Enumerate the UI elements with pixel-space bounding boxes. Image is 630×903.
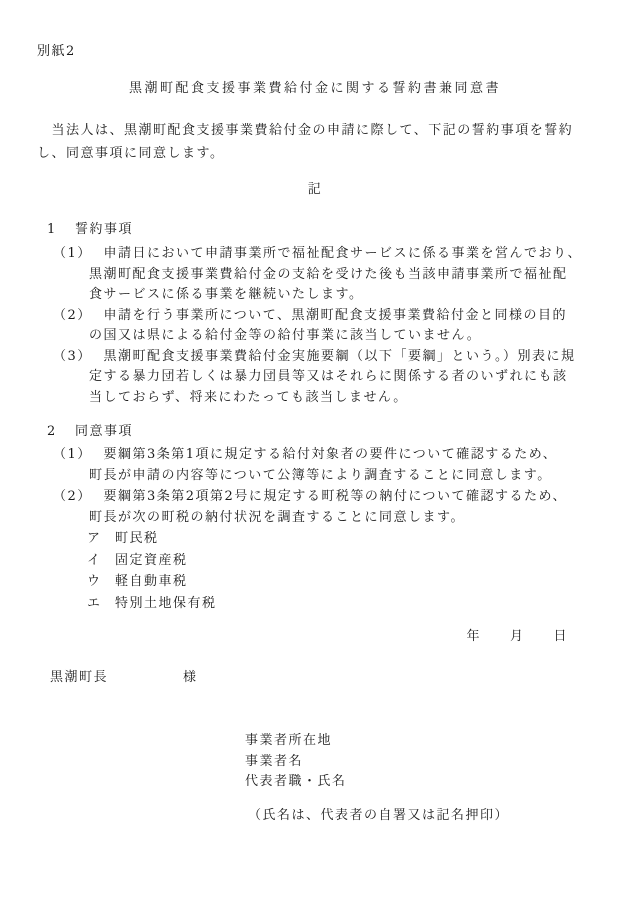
tax-item-resident-label: ア — [87, 528, 115, 550]
pledge-section-heading: 1誓約事項 — [37, 222, 593, 238]
consent-section-heading: 2同意事項 — [37, 424, 593, 440]
pledge-item-1: （1） 申請日において申請事業所で福祉配食サービスに係る事業を営んでおり、 黒潮… — [37, 244, 593, 306]
tax-item-vehicle-name: 軽自動車税 — [115, 571, 188, 593]
consent-item-2-text: 要綱第3条第2項第2号に規定する町税等の納付について確認するため、 町長が次の町… — [89, 486, 593, 528]
tax-item-vehicle-label: ウ — [87, 571, 115, 593]
pledge-items: （1） 申請日において申請事業所で福祉配食サービスに係る事業を営んでおり、 黒潮… — [37, 244, 593, 408]
pledge-item-2: （2） 申請を行う事業所について、黒潮町配食支援事業費給付金と同様の目的 の国又… — [37, 306, 593, 347]
record-marker: 記 — [37, 182, 593, 198]
signature-field-business-address: 事業者所在地 — [245, 731, 593, 752]
tax-item-resident: ア 町民税 — [37, 528, 593, 550]
consent-item-1-text: 要綱第3条第1項に規定する給付対象者の要件について確認するため、 町長が申請の内… — [89, 444, 593, 486]
pledge-section-number: 1 — [47, 222, 75, 238]
tax-item-landholding-name: 特別土地保有税 — [115, 593, 217, 615]
attachment-label: 別紙2 — [37, 44, 593, 60]
tax-item-landholding-label: エ — [87, 593, 115, 615]
signature-note: （氏名は、代表者の自署又は記名押印） — [37, 808, 593, 824]
tax-item-vehicle: ウ 軽自動車税 — [37, 571, 593, 593]
document-page: 別紙2 黒潮町配食支援事業費給付金に関する誓約書兼同意書 当法人は、黒潮町配食支… — [0, 0, 630, 903]
addressee-honorific: 様 — [183, 670, 198, 685]
signature-block: 事業者所在地 事業者名 代表者職・氏名 — [37, 731, 593, 793]
consent-item-1-label: （1） — [53, 444, 89, 486]
signature-field-business-name: 事業者名 — [245, 752, 593, 773]
consent-item-2-label: （2） — [53, 486, 89, 528]
signature-field-representative: 代表者職・氏名 — [245, 772, 593, 793]
pledge-item-1-text: 申請日において申請事業所で福祉配食サービスに係る事業を営んでおり、 黒潮町配食支… — [89, 244, 593, 306]
intro-paragraph: 当法人は、黒潮町配食支援事業費給付金の申請に際して、下記の誓約事項を誓約 し、同… — [37, 119, 593, 165]
pledge-item-2-text: 申請を行う事業所について、黒潮町配食支援事業費給付金と同様の目的 の国又は県によ… — [89, 306, 593, 347]
pledge-section-title: 誓約事項 — [75, 222, 133, 237]
tax-item-property-label: イ — [87, 550, 115, 572]
date-line: 年 月 日 — [37, 629, 593, 645]
tax-item-property: イ 固定資産税 — [37, 550, 593, 572]
document-title: 黒潮町配食支援事業費給付金に関する誓約書兼同意書 — [37, 81, 593, 97]
addressee-name: 黒潮町長 — [50, 670, 108, 685]
pledge-item-3-label: （3） — [53, 347, 89, 409]
consent-section-title: 同意事項 — [75, 424, 133, 439]
consent-item-1: （1） 要綱第3条第1項に規定する給付対象者の要件について確認するため、 町長が… — [37, 444, 593, 486]
tax-item-property-name: 固定資産税 — [115, 550, 188, 572]
tax-item-resident-name: 町民税 — [115, 528, 159, 550]
pledge-item-2-label: （2） — [53, 306, 89, 347]
consent-item-2: （2） 要綱第3条第2項第2号に規定する町税等の納付について確認するため、 町長… — [37, 486, 593, 528]
tax-item-landholding: エ 特別土地保有税 — [37, 593, 593, 615]
tax-list: ア 町民税 イ 固定資産税 ウ 軽自動車税 エ 特別土地保有税 — [37, 528, 593, 614]
consent-section-number: 2 — [47, 424, 75, 440]
addressee-line: 黒潮町長様 — [37, 670, 593, 686]
pledge-item-3-text: 黒潮町配食支援事業費給付金実施要綱（以下「要綱」という。）別表に規 定する暴力団… — [89, 347, 593, 409]
pledge-item-3: （3） 黒潮町配食支援事業費給付金実施要綱（以下「要綱」という。）別表に規 定す… — [37, 347, 593, 409]
pledge-item-1-label: （1） — [53, 244, 89, 306]
consent-items: （1） 要綱第3条第1項に規定する給付対象者の要件について確認するため、 町長が… — [37, 444, 593, 528]
